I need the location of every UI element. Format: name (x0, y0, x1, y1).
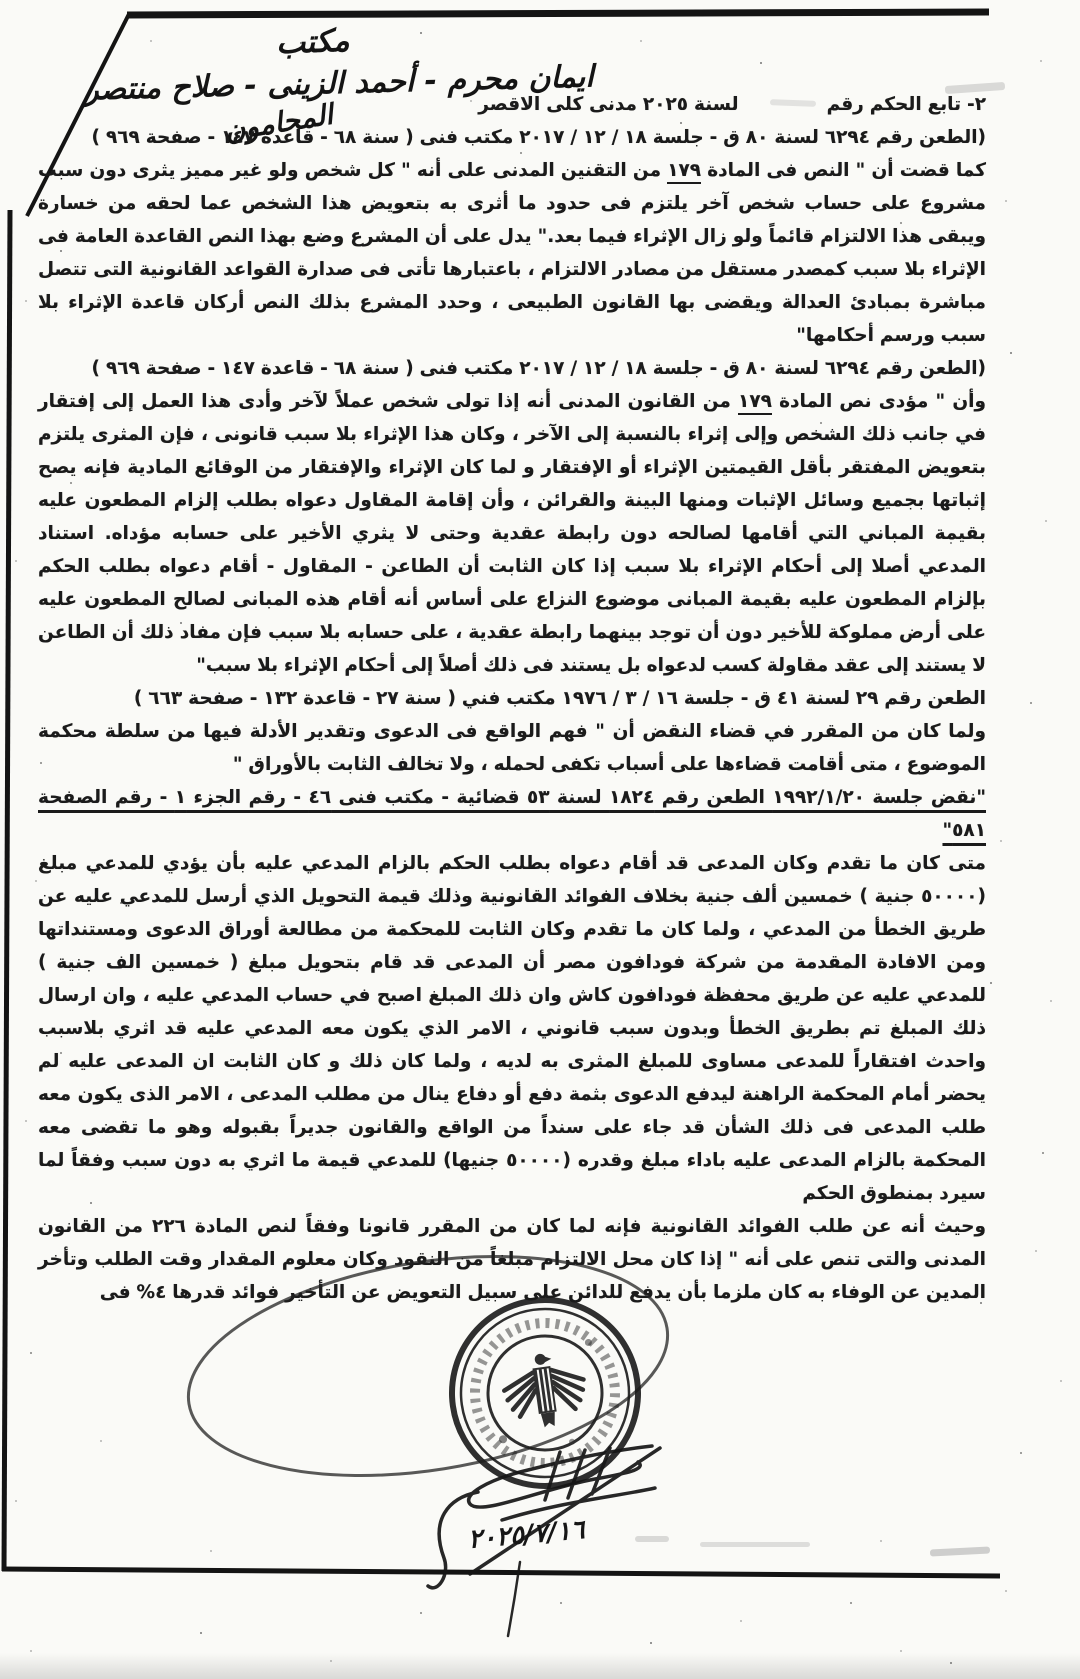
scan-noise-layer (0, 0, 2, 2)
legal-paragraph: كما قضت أن " النص فى المادة ١٧٩ من التقن… (38, 154, 986, 352)
article-number-underlined: ١٧٩ (667, 160, 701, 184)
scan-smudge (930, 1546, 990, 1556)
paragraph-text: من التقنين المدنى على أنه " كل شخص ولو غ… (38, 160, 986, 346)
paragraph-text: كما قضت أن " النص فى المادة (701, 160, 986, 181)
legal-paragraph: ولما كان من المقرر في قضاء النقض أن " فه… (38, 715, 986, 781)
scan-smudge (700, 1542, 810, 1547)
cassation-citation: الطعن رقم ٢٩ لسنة ٤١ ق - جلسة ١٦ / ٣ / ١… (38, 682, 986, 715)
judgment-number-label: ٢- تابع الحكم رقم (827, 94, 986, 115)
scanned-court-document-page: مكتب ايمان محرم - أحمد الزينى - صلاح منت… (0, 0, 1080, 1679)
scan-smudge (635, 1536, 669, 1542)
paragraph-text: من القانون المدنى أنه إذا تولى شخص عملاً… (38, 391, 986, 676)
handwritten-office-word: مكتب (275, 23, 350, 62)
scan-bottom-shadow (0, 1653, 1080, 1679)
judgment-text-column: ٢- تابع الحكم رقملسنة ٢٠٢٥ مدنى كلى الاق… (38, 88, 986, 1309)
cassation-citation: (الطعن رقم ٦٢٩٤ لسنة ٨٠ ق - جلسة ١٨ / ١٢… (38, 121, 986, 154)
cassation-citation: (الطعن رقم ٦٢٩٤ لسنة ٨٠ ق - جلسة ١٨ / ١٢… (38, 352, 986, 385)
judgment-year-court: لسنة ٢٠٢٥ مدنى كلى الاقصر (478, 94, 738, 115)
handwritten-date: ٢٠٢٥/٧/١٦ (467, 1515, 586, 1555)
legal-paragraph: متى كان ما تقدم وكان المدعى قد أقام دعوا… (38, 847, 986, 1210)
paragraph-text: وأن " مؤدى نص المادة (772, 391, 986, 412)
egyptian-eagle-court-seal-icon (440, 1288, 650, 1498)
judgment-continuation-title: ٢- تابع الحكم رقملسنة ٢٠٢٥ مدنى كلى الاق… (38, 88, 986, 121)
cassation-ruling-citation-underlined: "نقض جلسة ١٩٩٢/١/٢٠ الطعن رقم ١٨٢٤ لسنة … (38, 781, 986, 847)
interest-request-lead: وحيث أنه عن طلب الفوائد القانونية (642, 1216, 986, 1237)
legal-paragraph: وحيث أنه عن طلب الفوائد القانونية فإنه ل… (38, 1210, 986, 1309)
article-number-underlined: ١٧٩ (738, 391, 772, 415)
legal-paragraph: وأن " مؤدى نص المادة ١٧٩ من القانون المد… (38, 385, 986, 682)
